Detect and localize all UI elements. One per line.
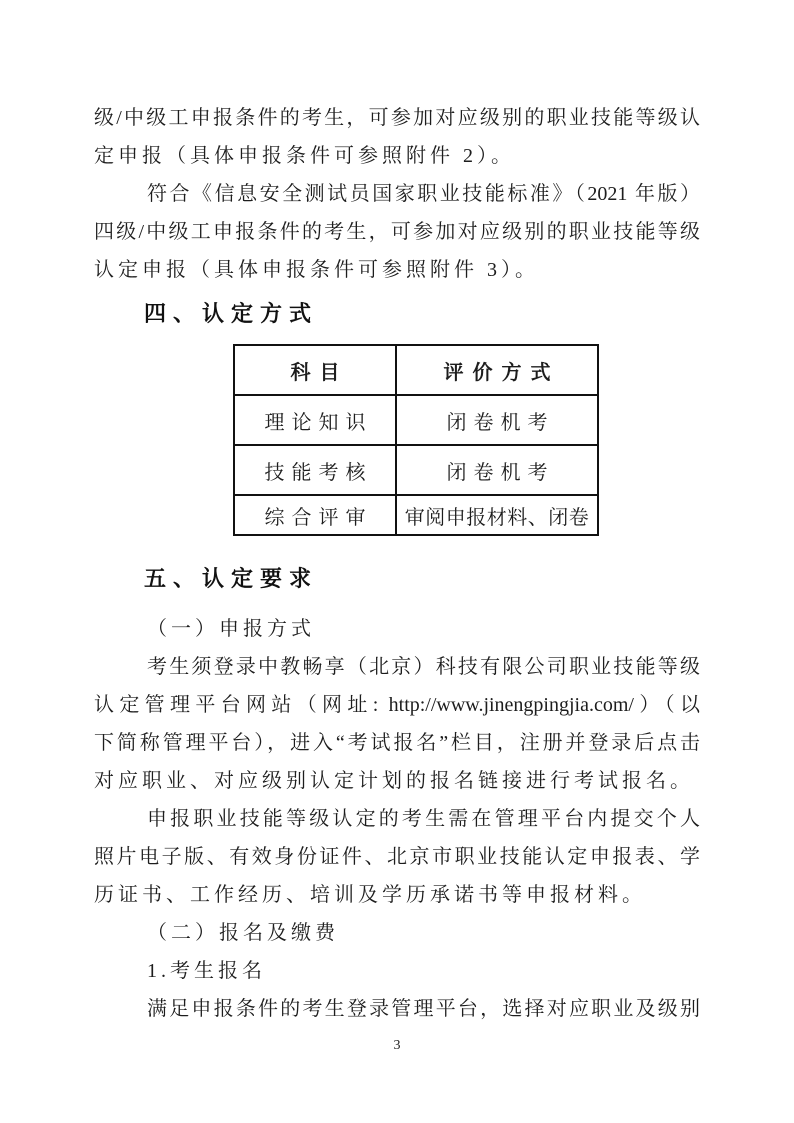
text-line: 符合《信息安全测试员国家职业技能标准》（2021 年版） <box>94 175 700 213</box>
text-line: 满足申报条件的考生登录管理平台，选择对应职业及级别 <box>94 990 700 1028</box>
table-header-row: 科目 评价方式 <box>234 345 598 395</box>
table-cell-method: 审阅申报材料、闭卷 <box>396 495 598 535</box>
table-cell-subject: 技能考核 <box>234 445 396 495</box>
text-line: 认定管理平台网站（网址: http://www.jinengpingjia.co… <box>94 686 700 724</box>
table-cell-method: 闭卷机考 <box>396 445 598 495</box>
text-line: 四级/中级工申报条件的考生，可参加对应级别的职业技能等级 <box>94 213 700 251</box>
section-heading-rending-yaoqiu: 五、认定要求 <box>94 560 700 598</box>
document-content: 级/中级工申报条件的考生，可参加对应级别的职业技能等级认 定申报（具体申报条件可… <box>94 99 700 1028</box>
assessment-method-table: 科目 评价方式 理论知识 闭卷机考 技能考核 闭卷机考 综合评审 审阅申报材料、… <box>233 344 599 536</box>
subsection-heading: （一）申报方式 <box>94 610 700 648</box>
text-line: 对应职业、对应级别认定计划的报名链接进行考试报名。 <box>94 762 700 800</box>
document-page: 级/中级工申报条件的考生，可参加对应级别的职业技能等级认 定申报（具体申报条件可… <box>0 0 794 1123</box>
table-cell-subject: 综合评审 <box>234 495 396 535</box>
table-row: 综合评审 审阅申报材料、闭卷 <box>234 495 598 535</box>
text-line: 历证书、工作经历、培训及学历承诺书等申报材料。 <box>94 876 700 914</box>
text-line: 申报职业技能等级认定的考生需在管理平台内提交个人 <box>94 800 700 838</box>
table-cell-subject: 理论知识 <box>234 395 396 445</box>
page-number: 3 <box>0 1036 794 1056</box>
table-row: 技能考核 闭卷机考 <box>234 445 598 495</box>
text-line: 照片电子版、有效身份证件、北京市职业技能认定申报表、学 <box>94 838 700 876</box>
text-line: 级/中级工申报条件的考生，可参加对应级别的职业技能等级认 <box>94 99 700 137</box>
text-line: 认定申报（具体申报条件可参照附件 3）。 <box>94 251 700 289</box>
text-line: 定申报（具体申报条件可参照附件 2）。 <box>94 137 700 175</box>
table-row: 理论知识 闭卷机考 <box>234 395 598 445</box>
subsection-heading: （二）报名及缴费 <box>94 914 700 952</box>
section-heading-rending-fangshi: 四、认定方式 <box>94 295 700 333</box>
table-cell-method: 闭卷机考 <box>396 395 598 445</box>
table-header-subject: 科目 <box>234 345 396 395</box>
text-line: 考生须登录中教畅享（北京）科技有限公司职业技能等级 <box>94 648 700 686</box>
table-header-eval-method: 评价方式 <box>396 345 598 395</box>
text-line: 下简称管理平台），进入“考试报名”栏目，注册并登录后点击 <box>94 724 700 762</box>
numbered-item: 1.考生报名 <box>94 952 700 990</box>
